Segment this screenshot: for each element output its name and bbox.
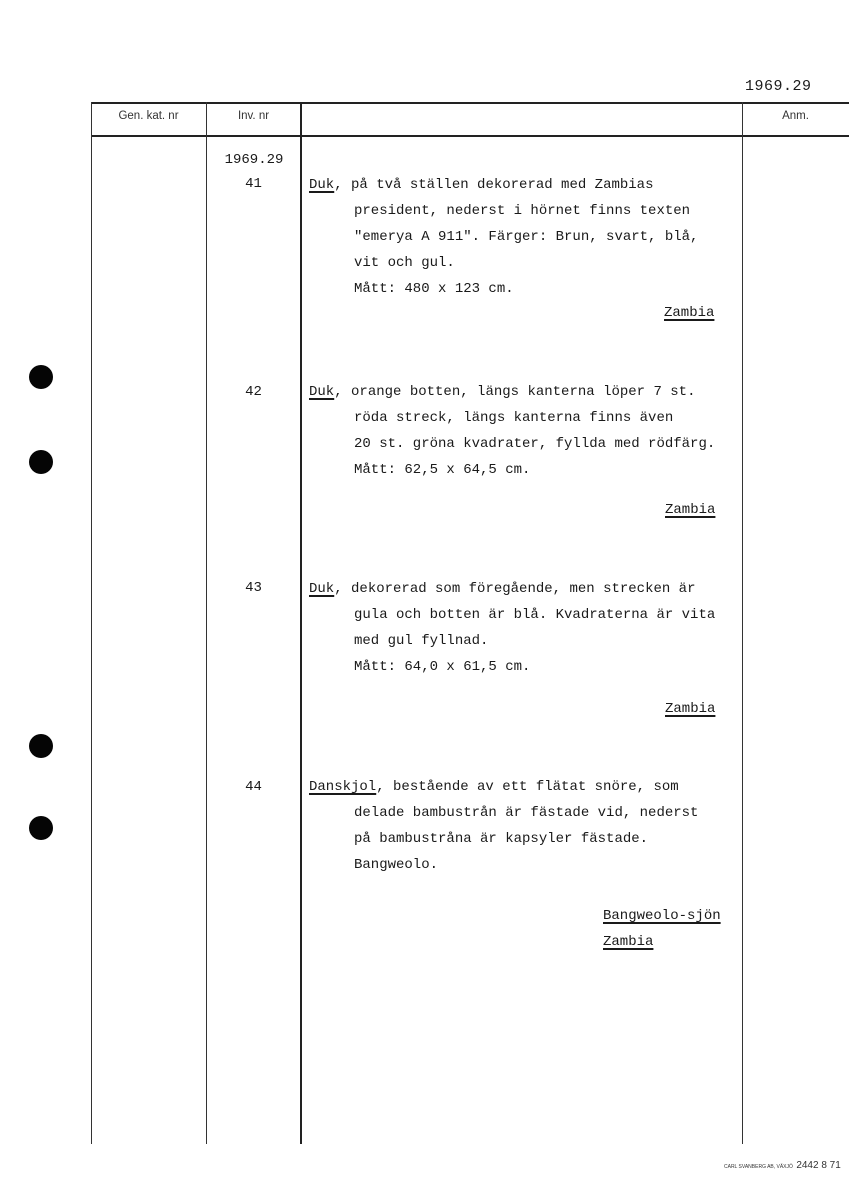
inv-number: 44 — [206, 779, 301, 795]
document-number: 1969.29 — [745, 78, 812, 95]
object-title: Duk — [309, 581, 334, 597]
object-title: Duk — [309, 177, 334, 193]
inv-number: 43 — [206, 580, 301, 596]
table-top-border — [91, 102, 849, 104]
place-label: Zambia — [664, 300, 714, 326]
column-divider — [300, 102, 302, 1144]
punch-hole — [29, 816, 53, 840]
header-gen-kat-nr: Gen. kat. nr — [91, 110, 206, 122]
entry-41: Duk, på två ställen dekorerad med Zambia… — [309, 172, 698, 302]
printer-imprint: CARL SVANBERG AB, VÄXJÖ 2442 8 71 — [724, 1160, 841, 1171]
place-label: Zambia — [665, 696, 715, 722]
header-inv-nr: Inv. nr — [206, 110, 301, 122]
inv-number: 42 — [206, 384, 301, 400]
place-label: Bangweolo-sjön — [603, 903, 721, 929]
entry-43: Duk, dekorerad som föregående, men strec… — [309, 576, 715, 680]
header-anm: Anm. — [742, 110, 849, 122]
place-label: Zambia — [665, 497, 715, 523]
column-divider — [206, 102, 207, 1144]
punch-hole — [29, 734, 53, 758]
inv-series: 1969.29 — [214, 152, 294, 168]
column-divider — [91, 102, 92, 1144]
entry-42: Duk, orange botten, längs kanterna löper… — [309, 379, 715, 483]
column-divider — [742, 102, 743, 1144]
form-code: 2442 8 71 — [796, 1160, 841, 1171]
punch-hole — [29, 450, 53, 474]
place-label: Zambia — [603, 929, 653, 955]
object-title: Danskjol — [309, 779, 376, 795]
inv-number: 41 — [206, 176, 301, 192]
punch-hole — [29, 365, 53, 389]
object-title: Duk — [309, 384, 334, 400]
entry-44: Danskjol, bestående av ett flätat snöre,… — [309, 774, 698, 878]
header-bottom-border — [91, 135, 849, 137]
